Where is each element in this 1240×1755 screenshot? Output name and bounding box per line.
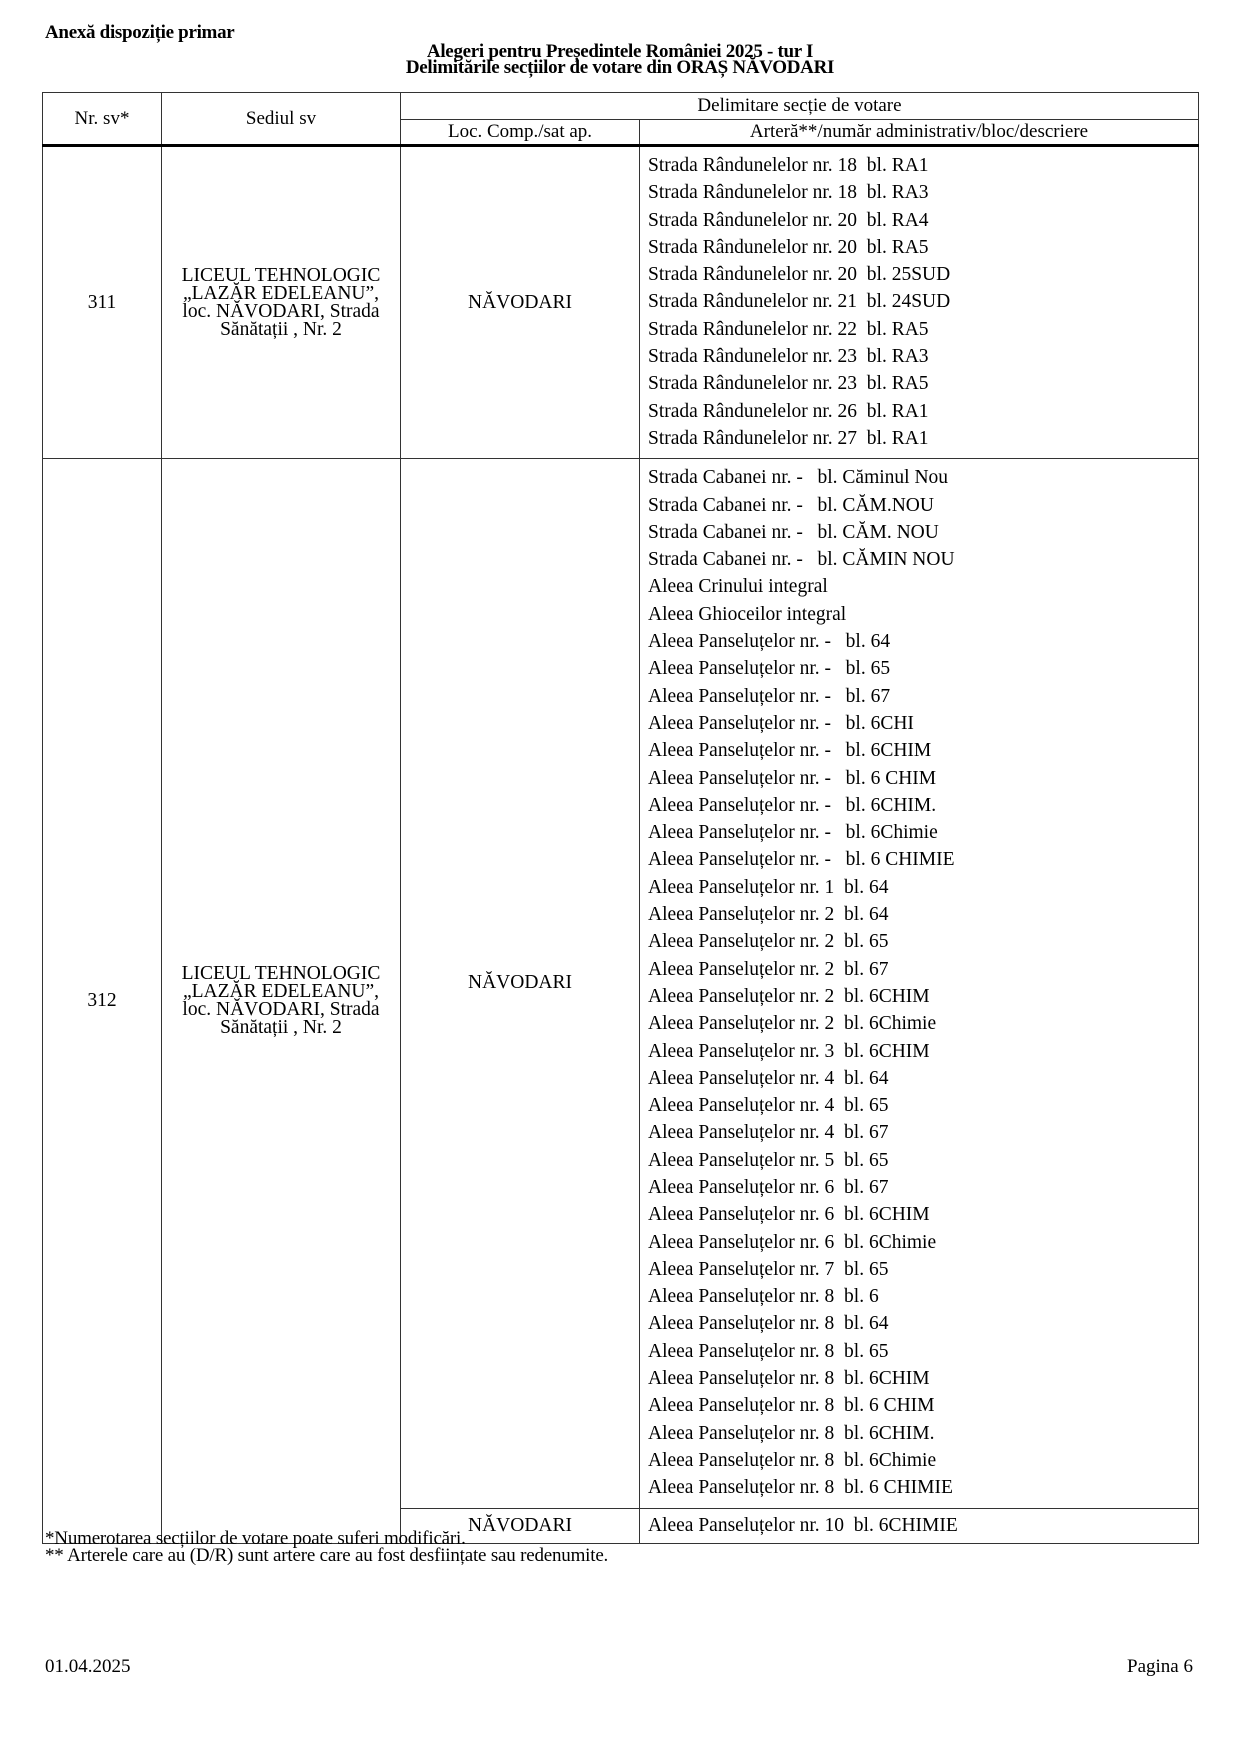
address-item: Aleea Ghioceilor integral (648, 601, 1198, 628)
section-number: 312 (43, 459, 162, 1543)
address-item: Aleea Panseluțelor nr. - bl. 64 (648, 628, 1198, 655)
table-row: 312LICEUL TEHNOLOGIC „LAZĂR EDELEANU”, l… (43, 459, 1199, 1508)
address-item: Aleea Panseluțelor nr. 6 bl. 6CHIM (648, 1201, 1198, 1228)
footnote-2: ** Arterele care au (D/R) sunt artere ca… (45, 1547, 608, 1564)
address-item: Aleea Panseluțelor nr. 6 bl. 67 (648, 1174, 1198, 1201)
polling-sections-table: Nr. sv* Sediul sv Delimitare secție de v… (42, 92, 1199, 1544)
address-item: Aleea Panseluțelor nr. 3 bl. 6CHIM (648, 1038, 1198, 1065)
section-venue: LICEUL TEHNOLOGIC „LAZĂR EDELEANU”, loc.… (162, 459, 401, 1543)
section-venue: LICEUL TEHNOLOGIC „LAZĂR EDELEANU”, loc.… (162, 146, 401, 459)
header-loc: Loc. Comp./sat ap. (401, 120, 640, 146)
section-number: 311 (43, 146, 162, 459)
address-item: Aleea Panseluțelor nr. 8 bl. 6CHIM (648, 1365, 1198, 1392)
address-item: Aleea Panseluțelor nr. - bl. 6CHIM. (648, 792, 1198, 819)
address-item: Aleea Panseluțelor nr. 7 bl. 65 (648, 1256, 1198, 1283)
address-item: Strada Rândunelelor nr. 20 bl. RA4 (648, 207, 1198, 234)
address-item: Aleea Panseluțelor nr. 5 bl. 65 (648, 1147, 1198, 1174)
annex-label: Anexă dispoziție primar (45, 22, 234, 44)
address-item: Aleea Panseluțelor nr. 8 bl. 6Chimie (648, 1447, 1198, 1474)
address-item: Strada Rândunelelor nr. 18 bl. RA3 (648, 179, 1198, 206)
address-item: Aleea Panseluțelor nr. 6 bl. 6Chimie (648, 1229, 1198, 1256)
address-item: Aleea Panseluțelor nr. 4 bl. 65 (648, 1092, 1198, 1119)
header-sediu: Sediul sv (162, 93, 401, 146)
address-item: Aleea Panseluțelor nr. - bl. 6Chimie (648, 819, 1198, 846)
address-item: Strada Cabanei nr. - bl. Căminul Nou (648, 464, 1198, 491)
address-item: Aleea Panseluțelor nr. 4 bl. 67 (648, 1119, 1198, 1146)
address-list: Strada Cabanei nr. - bl. Căminul NouStra… (640, 459, 1199, 1508)
address-item: Aleea Panseluțelor nr. - bl. 6 CHIM (648, 765, 1198, 792)
address-item: Aleea Panseluțelor nr. - bl. 65 (648, 655, 1198, 682)
address-list: Strada Rândunelelor nr. 18 bl. RA1Strada… (640, 146, 1199, 459)
address-item: Aleea Panseluțelor nr. - bl. 6CHI (648, 710, 1198, 737)
address-item: Aleea Panseluțelor nr. 8 bl. 6 CHIMIE (648, 1474, 1198, 1501)
address-item: Aleea Panseluțelor nr. - bl. 6 CHIMIE (648, 846, 1198, 873)
address-item: Aleea Panseluțelor nr. 2 bl. 6CHIM (648, 983, 1198, 1010)
address-list: Aleea Panseluțelor nr. 10 bl. 6CHIMIE (640, 1508, 1199, 1543)
footer-date: 01.04.2025 (45, 1656, 131, 1678)
address-item: Strada Cabanei nr. - bl. CĂM. NOU (648, 519, 1198, 546)
address-item: Strada Rândunelelor nr. 27 bl. RA1 (648, 425, 1198, 452)
table-header-row: Nr. sv* Sediul sv Delimitare secție de v… (43, 93, 1199, 120)
header-artera: Arteră**/număr administrativ/bloc/descri… (640, 120, 1199, 146)
locality: NĂVODARI (401, 459, 640, 1508)
address-item: Strada Rândunelelor nr. 18 bl. RA1 (648, 152, 1198, 179)
header-nr-sv: Nr. sv* (43, 93, 162, 146)
address-item: Strada Cabanei nr. - bl. CĂMIN NOU (648, 546, 1198, 573)
address-item: Strada Rândunelelor nr. 26 bl. RA1 (648, 398, 1198, 425)
locality: NĂVODARI (401, 146, 640, 459)
title-line-2: Delimitările secțiilor de votare din ORA… (0, 60, 1240, 76)
address-item: Aleea Panseluțelor nr. 2 bl. 65 (648, 928, 1198, 955)
footer-page-number: Pagina 6 (1127, 1656, 1193, 1678)
address-item: Aleea Panseluțelor nr. - bl. 6CHIM (648, 737, 1198, 764)
header-delimitare: Delimitare secție de votare (401, 93, 1199, 120)
address-item: Strada Rândunelelor nr. 23 bl. RA5 (648, 370, 1198, 397)
address-item: Aleea Panseluțelor nr. 1 bl. 64 (648, 874, 1198, 901)
address-item: Strada Rândunelelor nr. 22 bl. RA5 (648, 316, 1198, 343)
address-item: Aleea Panseluțelor nr. 2 bl. 64 (648, 901, 1198, 928)
address-item: Aleea Panseluțelor nr. 8 bl. 6 CHIM (648, 1392, 1198, 1419)
document-title: Alegeri pentru Președintele României 202… (0, 44, 1240, 76)
address-item: Strada Rândunelelor nr. 23 bl. RA3 (648, 343, 1198, 370)
address-item: Strada Rândunelelor nr. 20 bl. RA5 (648, 234, 1198, 261)
footnotes: *Numerotarea secțiilor de votare poate s… (45, 1530, 608, 1564)
table-row: 311LICEUL TEHNOLOGIC „LAZĂR EDELEANU”, l… (43, 146, 1199, 459)
address-item: Aleea Crinului integral (648, 573, 1198, 600)
address-item: Strada Cabanei nr. - bl. CĂM.NOU (648, 492, 1198, 519)
address-item: Aleea Panseluțelor nr. 8 bl. 65 (648, 1338, 1198, 1365)
address-item: Strada Rândunelelor nr. 21 bl. 24SUD (648, 288, 1198, 315)
address-item: Aleea Panseluțelor nr. 8 bl. 6 (648, 1283, 1198, 1310)
address-item: Aleea Panseluțelor nr. 2 bl. 67 (648, 956, 1198, 983)
address-item: Strada Rândunelelor nr. 20 bl. 25SUD (648, 261, 1198, 288)
address-item: Aleea Panseluțelor nr. 4 bl. 64 (648, 1065, 1198, 1092)
address-item: Aleea Panseluțelor nr. 8 bl. 6CHIM. (648, 1420, 1198, 1447)
address-item: Aleea Panseluțelor nr. 2 bl. 6Chimie (648, 1010, 1198, 1037)
address-item: Aleea Panseluțelor nr. 8 bl. 64 (648, 1310, 1198, 1337)
address-item: Aleea Panseluțelor nr. - bl. 67 (648, 683, 1198, 710)
